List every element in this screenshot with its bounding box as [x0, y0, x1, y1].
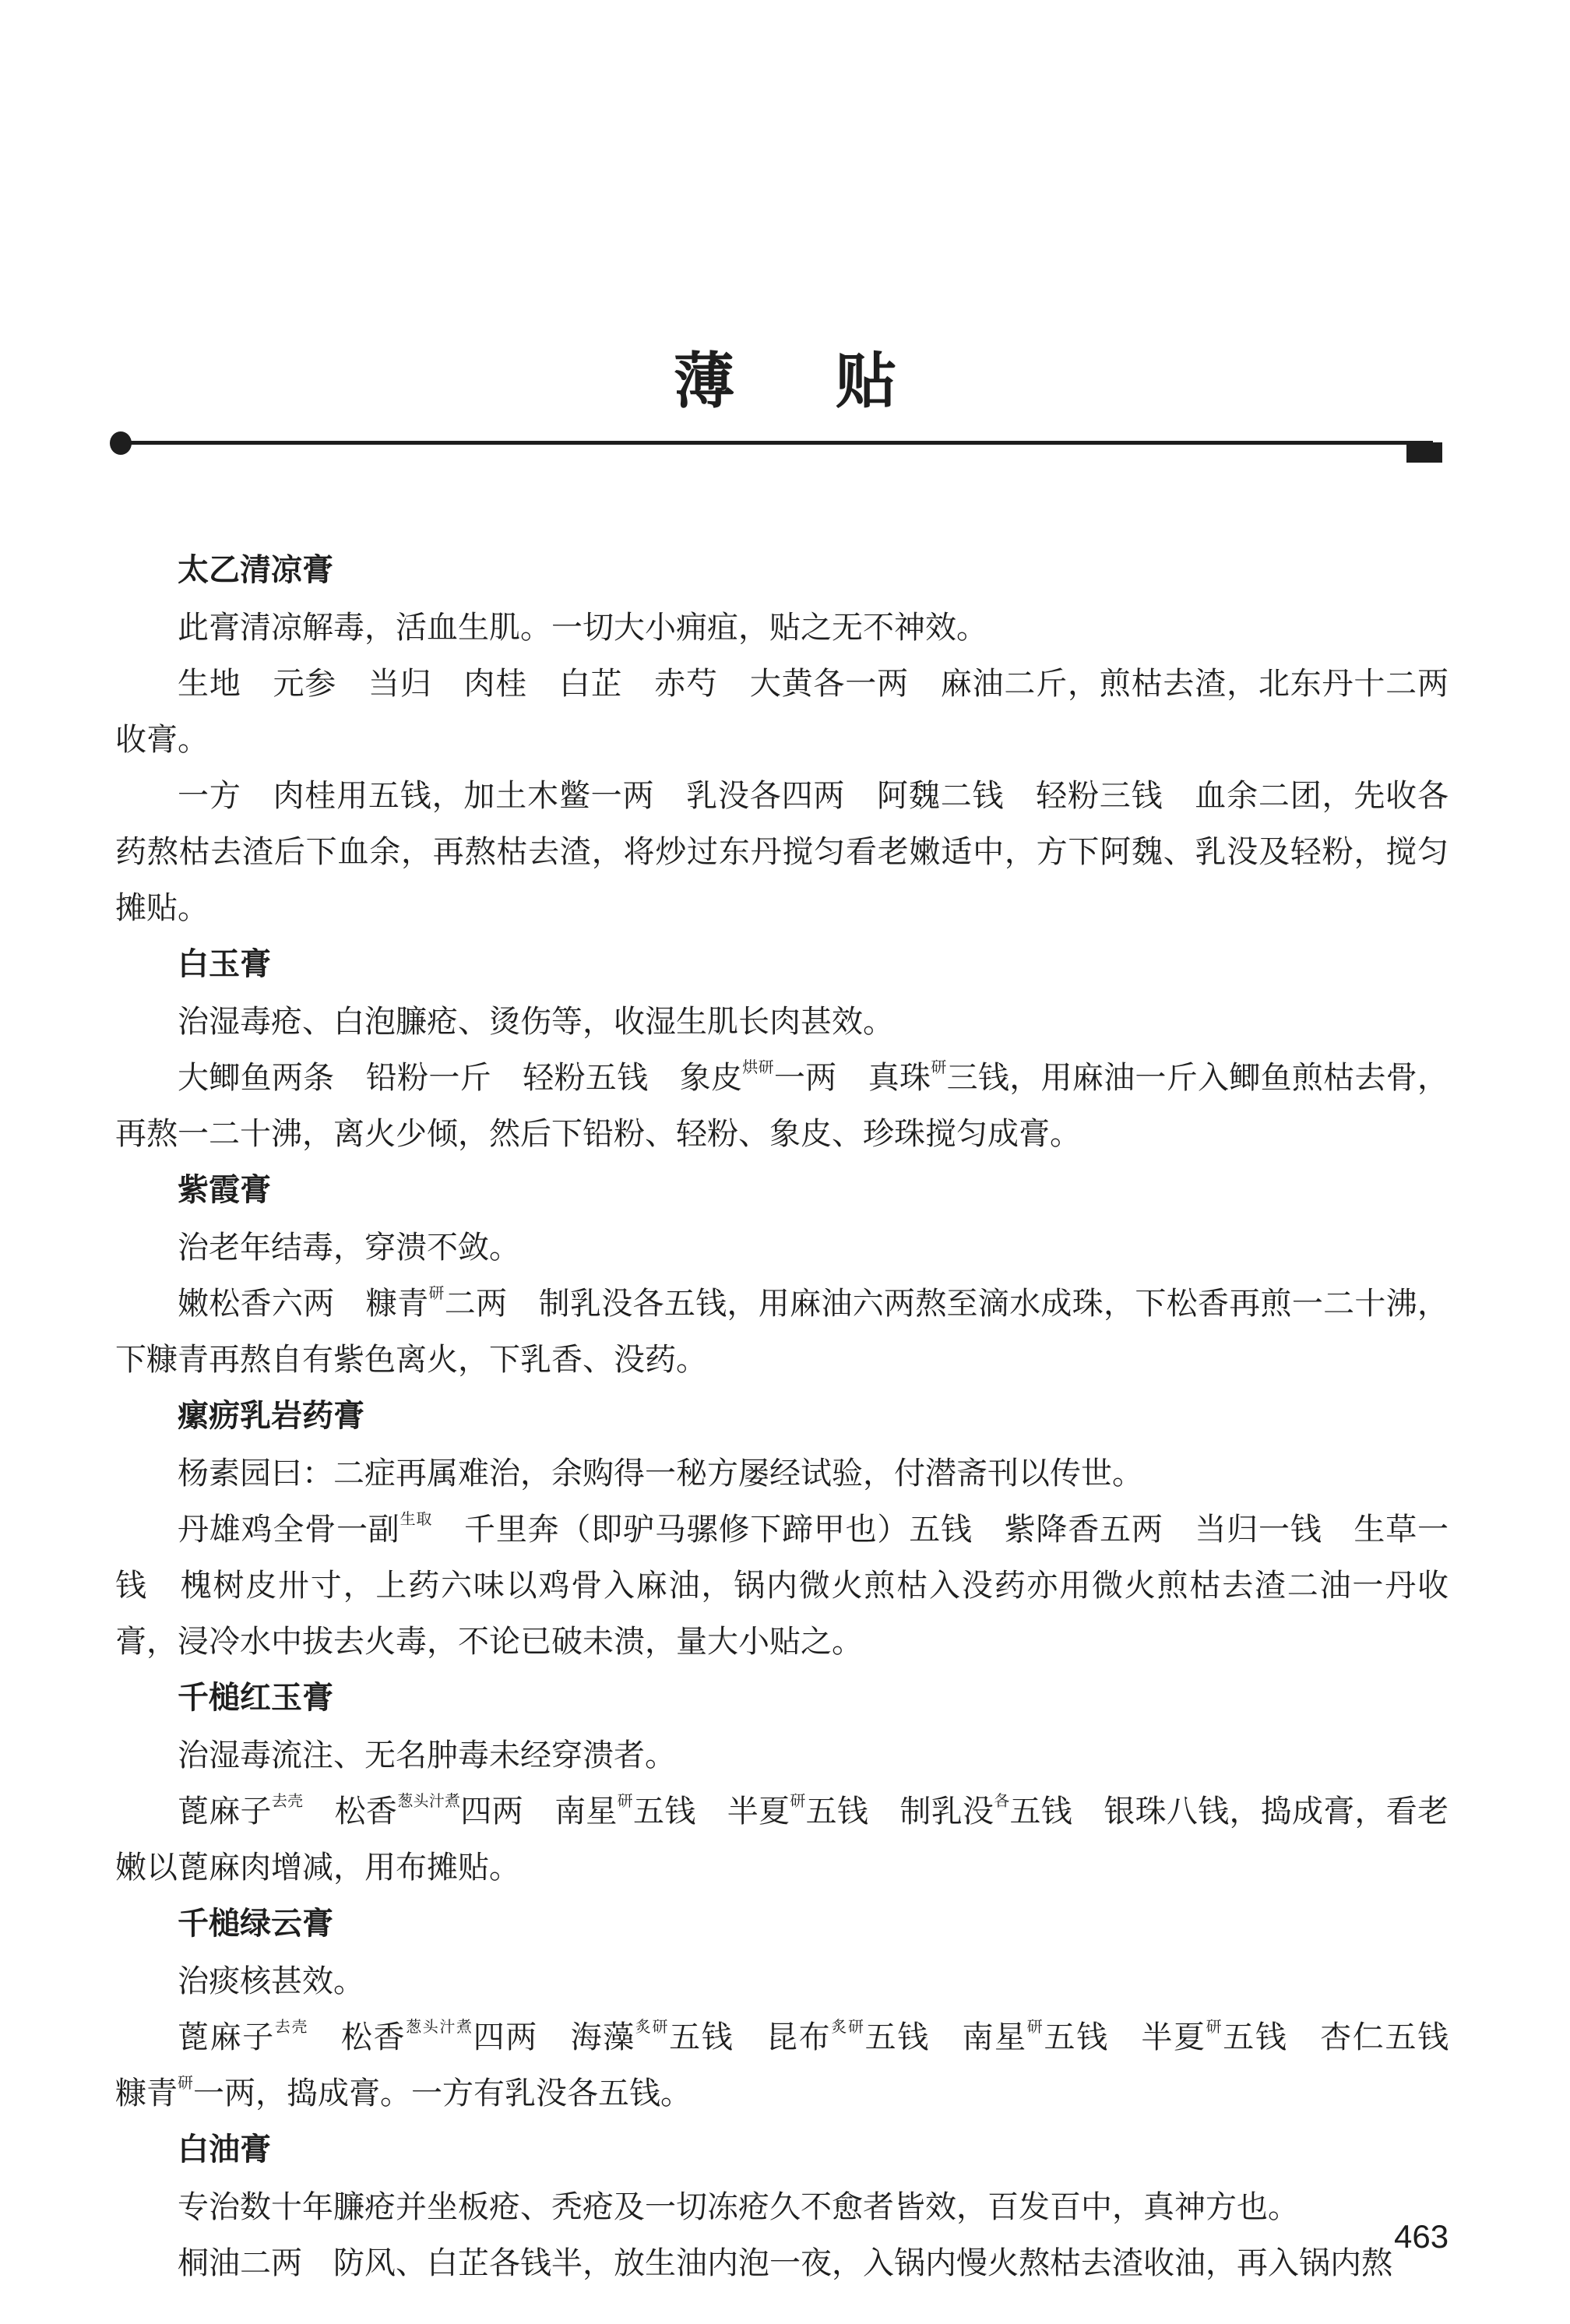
annotation-superscript: 烘研 [742, 1058, 774, 1076]
recipe-section: 太乙清凉膏此膏清凉解毒，活血生肌。一切大小痈疽，贴之无不神效。生地 元参 当归 … [178, 545, 1449, 936]
recipe-section: 瘰疬乳岩药膏杨素园曰：二症再属难治，余购得一秘方屡经试验，付潜斋刊以传世。丹雄鸡… [178, 1391, 1449, 1670]
annotation-superscript: 去壳 [272, 1791, 304, 1810]
annotation-superscript: 研 [790, 1791, 805, 1810]
recipe-section: 白玉膏治湿毒疮、白泡臁疮、烫伤等，收湿生肌长肉甚效。大鲫鱼两条 铅粉一斤 轻粉五… [178, 939, 1449, 1162]
recipe-heading: 太乙清凉膏 [178, 545, 1449, 595]
annotation-superscript: 研 [1027, 2017, 1044, 2036]
recipe-paragraph: 嫩松香六两 糠青研二两 制乳没各五钱，用麻油六两熬至滴水成珠，下松香再煎一二十沸… [115, 1276, 1449, 1388]
recipe-heading: 白油膏 [178, 2125, 1449, 2174]
annotation-superscript: 炙研 [831, 2017, 864, 2036]
page-title: 薄贴 [0, 343, 1570, 421]
annotation-superscript: 研 [1206, 2017, 1223, 2036]
annotation-superscript: 各 [994, 1791, 1009, 1810]
recipe-paragraph: 生地 元参 当归 肉桂 白芷 赤芍 大黄各一两 麻油二斤，煎枯去渣，北东丹十二两… [115, 656, 1449, 768]
recipe-section: 紫霞膏治老年结毒，穿溃不敛。嫩松香六两 糠青研二两 制乳没各五钱，用麻油六两熬至… [178, 1165, 1449, 1388]
recipe-heading: 白玉膏 [178, 939, 1449, 989]
recipe-paragraph: 蓖麻子去壳 松香葱头汁煮四两 海藻炙研五钱 昆布炙研五钱 南星研五钱 半夏研五钱… [115, 2009, 1449, 2122]
recipe-paragraph: 大鲫鱼两条 铅粉一斤 轻粉五钱 象皮烘研一两 真珠研三钱，用麻油一斤入鲫鱼煎枯去… [115, 1050, 1449, 1162]
annotation-superscript: 研 [428, 1283, 444, 1302]
recipe-paragraph: 治痰核甚效。 [115, 1953, 1449, 2009]
recipe-section: 千槌红玉膏治湿毒流注、无名肿毒未经穿溃者。蓖麻子去壳 松香葱头汁煮四两 南星研五… [178, 1673, 1449, 1896]
page-content: 太乙清凉膏此膏清凉解毒，活血生肌。一切大小痈疽，贴之无不神效。生地 元参 当归 … [178, 545, 1449, 2294]
page-number: 463 [1394, 2218, 1449, 2255]
annotation-superscript: 研 [618, 1791, 633, 1810]
annotation-superscript: 葱头汁煮 [406, 2017, 473, 2036]
recipe-heading: 千槌绿云膏 [178, 1899, 1449, 1949]
annotation-superscript: 生取 [400, 1509, 433, 1528]
recipe-paragraph: 治湿毒流注、无名肿毒未经穿溃者。 [115, 1727, 1449, 1783]
annotation-superscript: 研 [178, 2073, 193, 2092]
recipe-paragraph: 此膏清凉解毒，活血生肌。一切大小痈疽，贴之无不神效。 [115, 600, 1449, 656]
recipe-paragraph: 蓖麻子去壳 松香葱头汁煮四两 南星研五钱 半夏研五钱 制乳没各五钱 银珠八钱，捣… [115, 1783, 1449, 1896]
title-rule-block [1406, 442, 1442, 463]
recipe-paragraph: 治湿毒疮、白泡臁疮、烫伤等，收湿生肌长肉甚效。 [115, 994, 1449, 1050]
recipe-paragraph: 治老年结毒，穿溃不敛。 [115, 1220, 1449, 1276]
annotation-superscript: 去壳 [275, 2017, 308, 2036]
annotation-superscript: 葱头汁煮 [397, 1791, 460, 1810]
annotation-superscript: 研 [931, 1058, 946, 1076]
recipe-paragraph: 杨素园曰：二症再属难治，余购得一秘方屡经试验，付潜斋刊以传世。 [115, 1445, 1449, 1502]
recipe-paragraph: 专治数十年臁疮并坐板疮、秃疮及一切冻疮久不愈者皆效，百发百中，真神方也。 [115, 2179, 1449, 2235]
recipe-heading: 瘰疬乳岩药膏 [178, 1391, 1449, 1441]
recipe-paragraph: 桐油二两 防风、白芷各钱半，放生油内泡一夜，入锅内慢火熬枯去渣收油，再入锅内熬 [115, 2235, 1449, 2291]
recipe-section: 千槌绿云膏治痰核甚效。蓖麻子去壳 松香葱头汁煮四两 海藻炙研五钱 昆布炙研五钱 … [178, 1899, 1449, 2122]
recipe-section: 白油膏专治数十年臁疮并坐板疮、秃疮及一切冻疮久不愈者皆效，百发百中，真神方也。桐… [178, 2125, 1449, 2291]
recipe-heading: 千槌红玉膏 [178, 1673, 1449, 1723]
recipe-heading: 紫霞膏 [178, 1165, 1449, 1215]
recipe-paragraph: 丹雄鸡全骨一副生取 千里奔（即驴马骡修下蹄甲也）五钱 紫降香五两 当归一钱 生草… [115, 1502, 1449, 1670]
annotation-superscript: 炙研 [635, 2017, 669, 2036]
title-rule-line [117, 441, 1433, 445]
recipe-paragraph: 一方 肉桂用五钱，加土木鳖一两 乳没各四两 阿魏二钱 轻粉三钱 血余二团，先收各… [115, 768, 1449, 936]
